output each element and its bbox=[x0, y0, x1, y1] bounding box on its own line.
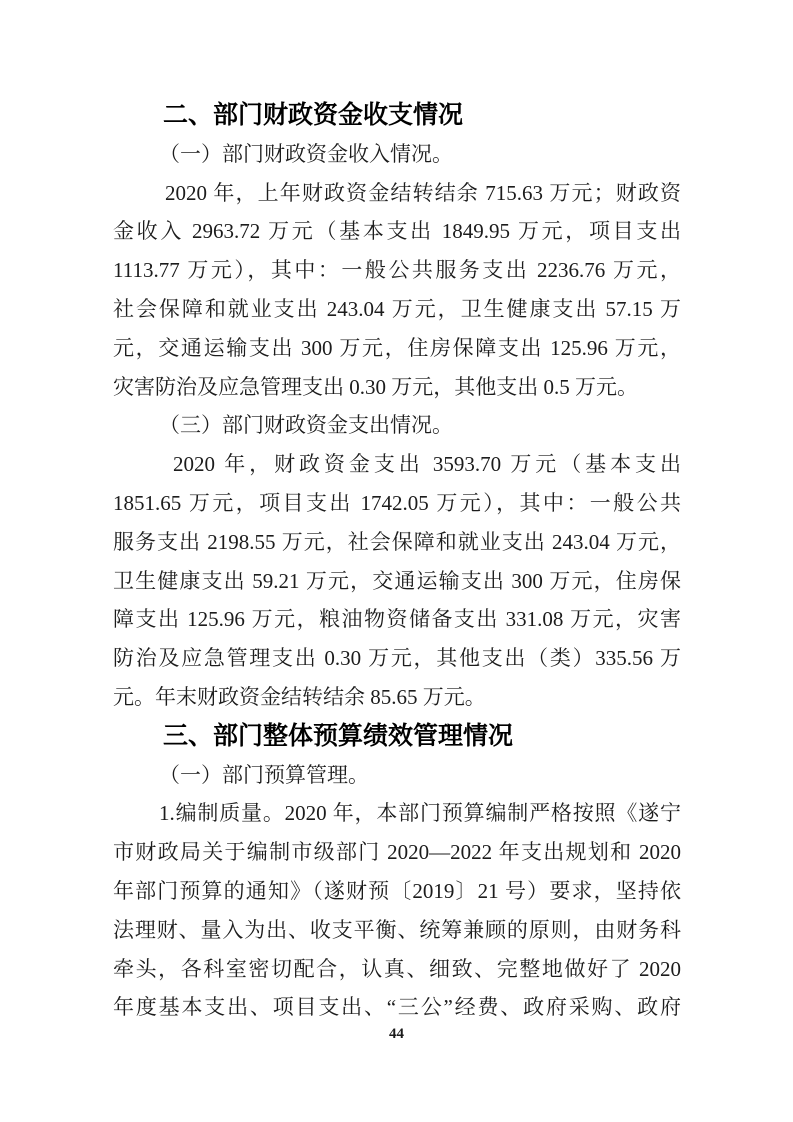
body-text-line: 障支出 125.96 万元，粮油物资储备支出 331.08 万元，灾害 bbox=[113, 600, 681, 639]
body-text-line: 元，交通运输支出 300 万元，住房保障支出 125.96 万元， bbox=[113, 329, 681, 368]
subsection-heading: （三）部门财政资金支出情况。 bbox=[113, 406, 681, 445]
body-text-line: 牵头，各科室密切配合，认真、细致、完整地做好了 2020 bbox=[113, 950, 681, 989]
body-text-line: 卫生健康支出 59.21 万元，交通运输支出 300 万元，住房保 bbox=[113, 562, 681, 601]
body-text-line: 年度基本支出、项目支出、“三公”经费、政府采购、政府 bbox=[113, 988, 681, 1027]
body-text-line: 防治及应急管理支出 0.30 万元，其他支出（类）335.56 万 bbox=[113, 639, 681, 678]
body-text-line: 年部门预算的通知》（遂财预〔2019〕21 号）要求，坚持依 bbox=[113, 872, 681, 911]
body-text-line: 2020 年，财政资金支出 3593.70 万元（基本支出 bbox=[113, 445, 681, 484]
body-text-line: 2020 年，上年财政资金结转结余 715.63 万元；财政资 bbox=[113, 174, 681, 213]
body-text-line: 金收入 2963.72 万元（基本支出 1849.95 万元，项目支出 bbox=[113, 212, 681, 251]
body-text-line: 1.编制质量。2020 年，本部门预算编制严格按照《遂宁 bbox=[113, 794, 681, 833]
body-text-line: 灾害防治及应急管理支出 0.30 万元，其他支出 0.5 万元。 bbox=[113, 368, 681, 407]
section-heading-3: 三、部门整体预算绩效管理情况 bbox=[113, 717, 681, 756]
body-text-line: 服务支出 2198.55 万元，社会保障和就业支出 243.04 万元， bbox=[113, 523, 681, 562]
document-body: 二、部门财政资金收支情况 （一）部门财政资金收入情况。 2020 年，上年财政资… bbox=[113, 96, 681, 1027]
subsection-heading: （一）部门预算管理。 bbox=[113, 756, 681, 795]
body-text-line: 1851.65 万元，项目支出 1742.05 万元），其中：一般公共 bbox=[113, 484, 681, 523]
section-heading-2: 二、部门财政资金收支情况 bbox=[113, 96, 681, 135]
document-page: { "page_number": "44", "document": { "li… bbox=[0, 0, 793, 1122]
page-number: 44 bbox=[0, 1024, 793, 1044]
body-text-line: 1113.77 万元），其中：一般公共服务支出 2236.76 万元， bbox=[113, 251, 681, 290]
body-text-line: 法理财、量入为出、收支平衡、统筹兼顾的原则，由财务科 bbox=[113, 911, 681, 950]
body-text-line: 市财政局关于编制市级部门 2020—2022 年支出规划和 2020 bbox=[113, 833, 681, 872]
body-text-line: 元。年末财政资金结转结余 85.65 万元。 bbox=[113, 678, 681, 717]
body-text-line: 社会保障和就业支出 243.04 万元，卫生健康支出 57.15 万 bbox=[113, 290, 681, 329]
subsection-heading: （一）部门财政资金收入情况。 bbox=[113, 135, 681, 174]
